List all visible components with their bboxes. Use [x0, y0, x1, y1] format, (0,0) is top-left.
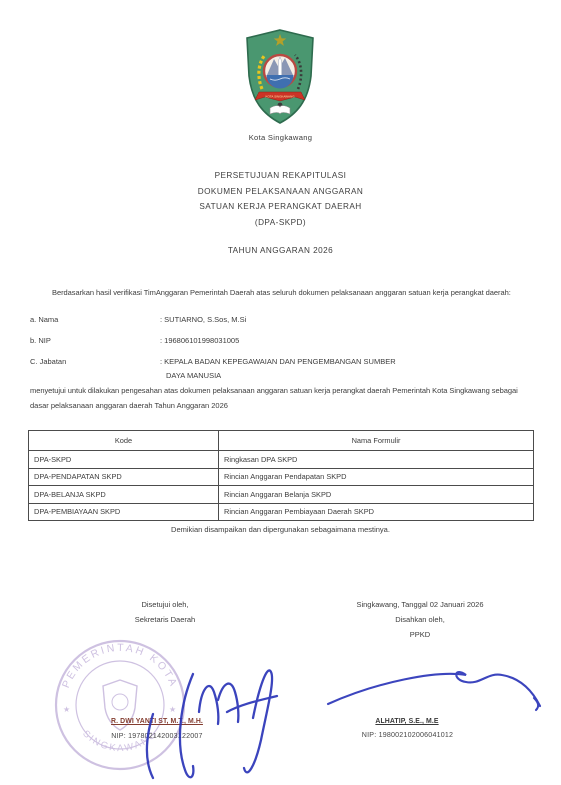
right-sign-role: PPKD: [315, 630, 525, 639]
closing-line: Demikian disampaikan dan dipergunakan se…: [0, 525, 561, 534]
document-title: PERSETUJUAN REKAPITULASI DOKUMEN PELAKSA…: [0, 168, 561, 230]
official-nip-value: : 196806101998031005: [160, 336, 239, 345]
approval-paragraph-line2: dasar pelaksanaan anggaran daerah Tahun …: [30, 401, 228, 410]
official-nip-label: b. NIP: [30, 336, 51, 345]
cell-nama-formulir: Rincian Anggaran Pendapatan SKPD: [219, 468, 534, 486]
right-signer-nip: NIP: 198002102006041012: [350, 731, 465, 739]
right-signature-ink: [322, 662, 544, 720]
left-sign-role: Sekretaris Daerah: [85, 615, 245, 624]
intro-paragraph: Berdasarkan hasil verifikasi TimAnggaran…: [30, 288, 561, 297]
cell-nama-formulir: Rincian Anggaran Belanja SKPD: [219, 486, 534, 504]
title-line-4: (DPA-SKPD): [0, 215, 561, 231]
title-line-3: SATUAN KERJA PERANGKAT DAERAH: [0, 199, 561, 215]
city-coat-of-arms: KOTA SINGKAWANG: [243, 26, 317, 126]
title-line-1: PERSETUJUAN REKAPITULASI: [0, 168, 561, 184]
right-sign-place-date: Singkawang, Tanggal 02 Januari 2026: [315, 600, 525, 609]
official-name-value: : SUTIARNO, S.Sos, M.Si: [160, 315, 246, 324]
official-position-value-line2: DAYA MANUSIA: [166, 371, 221, 380]
column-header-kode: Kode: [29, 431, 219, 451]
singkawang-emblem-icon: KOTA SINGKAWANG: [243, 26, 317, 126]
title-line-2: DOKUMEN PELAKSANAAN ANGGARAN: [0, 184, 561, 200]
city-label: Kota Singkawang: [0, 133, 561, 142]
open-book-icon: [270, 106, 290, 114]
right-signer-name: ALHATIP, S.E., M.E: [352, 718, 462, 725]
left-sign-approved-label: Disetujui oleh,: [85, 600, 245, 609]
monument-icon: [278, 57, 281, 76]
stamp-star-left-icon: ★: [63, 705, 70, 714]
column-header-nama-formulir: Nama Formulir: [219, 431, 534, 451]
cell-kode: DPA-PEMBIAYAAN SKPD: [29, 503, 219, 521]
approval-paragraph-line1: menyetujui untuk dilakukan pengesahan at…: [30, 386, 518, 395]
table-row: DPA-BELANJA SKPD Rincian Anggaran Belanj…: [29, 486, 534, 504]
right-sign-ratified-label: Disahkan oleh,: [315, 615, 525, 624]
cell-kode: DPA-BELANJA SKPD: [29, 486, 219, 504]
table-row: DPA-PEMBIAYAAN SKPD Rincian Anggaran Pem…: [29, 503, 534, 521]
cell-nama-formulir: Ringkasan DPA SKPD: [219, 451, 534, 469]
banner-text: KOTA SINGKAWANG: [265, 95, 295, 99]
table-row: DPA-SKPD Ringkasan DPA SKPD: [29, 451, 534, 469]
cell-kode: DPA-SKPD: [29, 451, 219, 469]
table-row: DPA-PENDAPATAN SKPD Rincian Anggaran Pen…: [29, 468, 534, 486]
forms-table: Kode Nama Formulir DPA-SKPD Ringkasan DP…: [28, 430, 534, 521]
document-page: KOTA SINGKAWANG Kota Singkawang PERSETUJ…: [0, 0, 561, 785]
fiscal-year-line: TAHUN ANGGARAN 2026: [0, 246, 561, 255]
official-name-label: a. Nama: [30, 315, 58, 324]
left-signature-ink: [115, 648, 285, 782]
official-position-label: C. Jabatan: [30, 357, 66, 366]
official-position-value: : KEPALA BADAN KEPEGAWAIAN DAN PENGEMBAN…: [160, 357, 396, 366]
cell-kode: DPA-PENDAPATAN SKPD: [29, 468, 219, 486]
cell-nama-formulir: Rincian Anggaran Pembiayaan Daerah SKPD: [219, 503, 534, 521]
table-header-row: Kode Nama Formulir: [29, 431, 534, 451]
